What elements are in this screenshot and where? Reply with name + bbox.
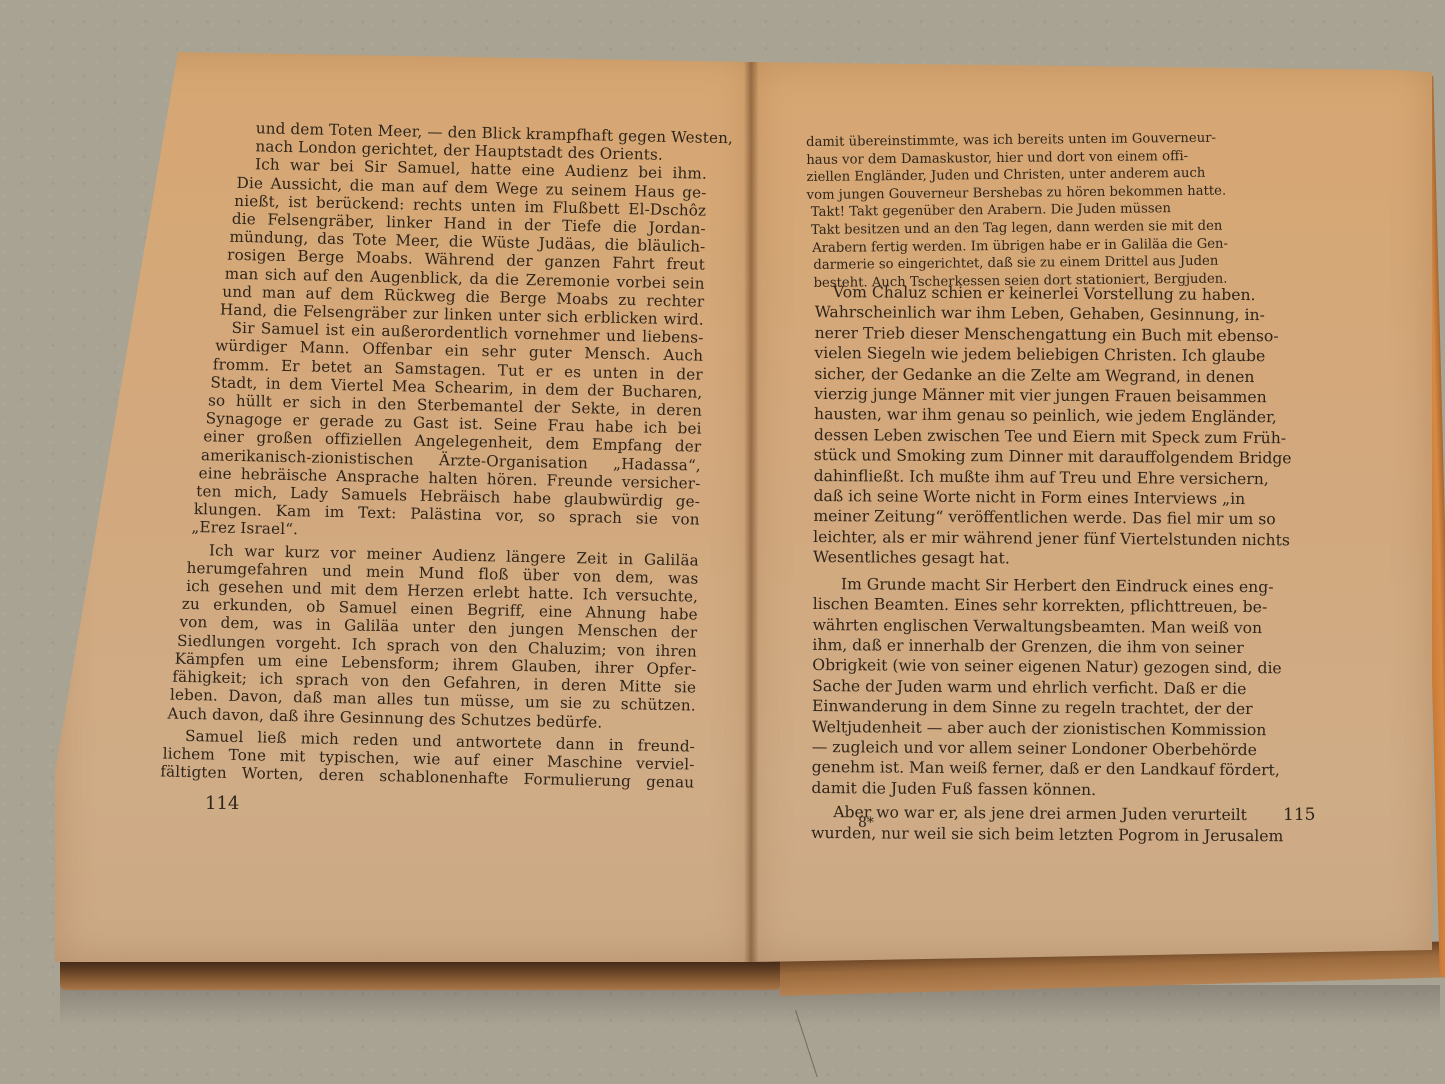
page-number-right: 115 [1283, 805, 1315, 825]
text-line: Wesentliches gesagt hat. [813, 547, 1343, 571]
text-line: wurden, nur weil sie sich beim letzten P… [811, 823, 1341, 847]
text-line: damit die Juden Fuß fassen können. [811, 778, 1341, 802]
right-page-text: Vom Chaluz schien er keinerlei Vorstellu… [811, 282, 1345, 847]
book-cover-bottom-left [60, 958, 780, 990]
page-number-left: 114 [205, 793, 239, 814]
photo-scene: und dem Toten Meer, — den Blick krampfha… [0, 0, 1445, 1084]
book-shadow [60, 985, 1440, 1025]
signature-mark: 8* [858, 815, 874, 831]
book-gutter [744, 62, 758, 962]
right-page-text-small: damit übereinstimmte, was ich bereits un… [806, 129, 1238, 292]
left-page-text: und dem Toten Meer, — den Blick krampfha… [182, 118, 708, 792]
